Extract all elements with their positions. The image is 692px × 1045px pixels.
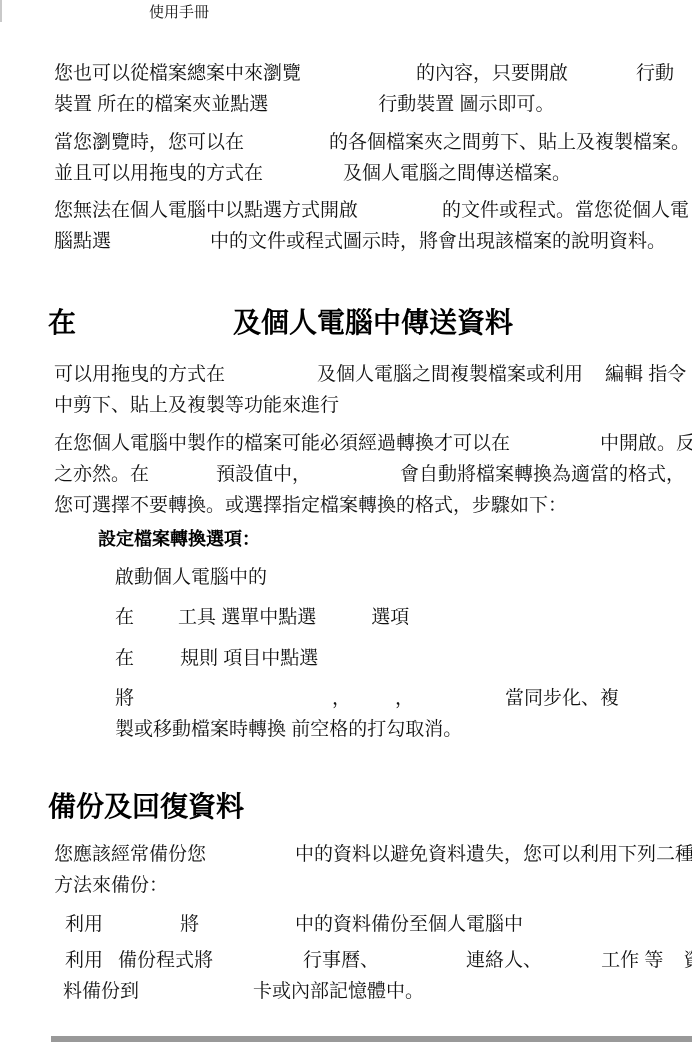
blank-placeholder-gap bbox=[134, 663, 180, 664]
text-run: 在 bbox=[115, 606, 134, 630]
blank-placeholder-gap bbox=[103, 965, 118, 966]
text-run: 及個人電腦之間傳送檔案。 bbox=[343, 162, 571, 186]
text-run: 利用 bbox=[65, 913, 103, 937]
text-run: 編輯 指令 bbox=[605, 363, 686, 387]
body-line: 您應該經常備份您中的資料以避免資料遺失，您可以利用下列二種 bbox=[54, 843, 692, 867]
blank-placeholder-gap bbox=[583, 379, 605, 380]
blank-placeholder-gap bbox=[225, 379, 317, 380]
body-line: 裝置 所在的檔案夾並點選行動裝置 圖示即可。 bbox=[54, 93, 555, 117]
text-run: 中開啟。反 bbox=[600, 432, 692, 456]
blank-placeholder-gap bbox=[311, 479, 400, 480]
blank-placeholder-gap bbox=[542, 965, 601, 966]
body-line: 之亦然。在預設值中，會自動將檔案轉換為適當的格式， bbox=[54, 463, 685, 487]
blank-placeholder-gap bbox=[263, 178, 343, 179]
text-run: 行事曆、 bbox=[303, 949, 379, 973]
blank-placeholder-gap bbox=[111, 246, 210, 247]
text-run: 中的資料備份至個人電腦中 bbox=[295, 913, 523, 937]
step-line: 將，，當同步化、複 bbox=[115, 687, 619, 711]
blank-placeholder-gap bbox=[301, 78, 416, 79]
text-run: 在您個人電腦中製作的檔案可能必須經過轉換才可以在 bbox=[54, 432, 510, 456]
document-page: 使用手冊您也可以從檔案總案中來瀏覽的內容，只要開啟行動裝置 所在的檔案夾並點選行… bbox=[0, 0, 692, 1045]
blank-placeholder-gap bbox=[149, 479, 216, 480]
text-run: 備份程式將 bbox=[118, 949, 213, 973]
text-run: 您也可以從檔案總案中來瀏覽 bbox=[54, 62, 301, 86]
text-run: 在 bbox=[48, 305, 76, 340]
text-run: 您無法在個人電腦中以點選方式開啟 bbox=[54, 199, 358, 223]
text-run: 中的文件或程式圖示時，將會出現該檔案的說明資料。 bbox=[210, 230, 666, 254]
blank-placeholder-gap bbox=[268, 109, 378, 110]
blank-placeholder-gap bbox=[206, 859, 295, 860]
text-run: 選項 bbox=[371, 606, 409, 630]
list-line: 利用將中的資料備份至個人電腦中 bbox=[65, 913, 523, 937]
sub-heading: 設定檔案轉換選項： bbox=[98, 528, 260, 551]
text-run: 中的資料以避免資料遺失，您可以利用下列二種 bbox=[295, 843, 692, 867]
body-line: 中剪下、貼上及複製等功能來進行 bbox=[54, 394, 339, 418]
step-line: 在規則 項目中點選 bbox=[115, 647, 318, 671]
body-line: 腦點選中的文件或程式圖示時，將會出現該檔案的說明資料。 bbox=[54, 230, 666, 254]
body-line: 您也可以從檔案總案中來瀏覽的內容，只要開啟行動 bbox=[54, 62, 674, 86]
page-edge-tick bbox=[0, 0, 2, 22]
text-run: 中剪下、貼上及複製等功能來進行 bbox=[54, 394, 339, 418]
blank-placeholder-gap bbox=[213, 965, 303, 966]
blank-placeholder-gap bbox=[316, 622, 371, 623]
blank-placeholder-gap bbox=[510, 448, 600, 449]
text-run: 將 bbox=[115, 687, 134, 711]
blank-placeholder-gap bbox=[76, 331, 233, 332]
text-run: 使用手冊 bbox=[149, 4, 209, 23]
body-line: 可以用拖曳的方式在及個人電腦之間複製檔案或利用編輯 指令 bbox=[54, 363, 686, 387]
text-run: 裝置 所在的檔案夾並點選 bbox=[54, 93, 268, 117]
text-run: 行動 bbox=[636, 62, 674, 86]
text-run: 的文件或程式。當您從個人電 bbox=[442, 199, 689, 223]
blank-placeholder-gap bbox=[244, 147, 329, 148]
text-run: 工具 選單中點選 bbox=[178, 606, 316, 630]
text-run: 您應該經常備份您 bbox=[54, 843, 206, 867]
text-run: 將 bbox=[180, 913, 199, 937]
blank-placeholder-gap bbox=[414, 703, 505, 704]
running-header: 使用手冊 bbox=[149, 4, 209, 23]
step-line: 製或移動檔案時轉換 前空格的打勾取消。 bbox=[115, 718, 462, 742]
list-line: 料備份到卡或內部記憶體中。 bbox=[63, 980, 424, 1004]
text-run: 利用 bbox=[65, 949, 103, 973]
text-run: 啟動個人電腦中的 bbox=[115, 566, 267, 590]
text-run: 料備份到 bbox=[63, 980, 139, 1004]
text-run: 當您瀏覽時，您可以在 bbox=[54, 131, 244, 155]
blank-placeholder-gap bbox=[134, 703, 332, 704]
body-line: 您可選擇不要轉換。或選擇指定檔案轉換的格式，步驟如下： bbox=[54, 494, 567, 518]
text-run: 備份及回復資料 bbox=[48, 789, 244, 824]
blank-placeholder-gap bbox=[103, 929, 180, 930]
text-run: 連絡人、 bbox=[466, 949, 542, 973]
blank-placeholder-gap bbox=[379, 965, 466, 966]
text-run: 及個人電腦中傳送資料 bbox=[233, 305, 513, 340]
text-run: 行動裝置 圖示即可。 bbox=[378, 93, 554, 117]
text-run: 預設值中， bbox=[216, 463, 311, 487]
text-run: 製或移動檔案時轉換 前空格的打勾取消。 bbox=[115, 718, 462, 742]
blank-placeholder-gap bbox=[199, 929, 295, 930]
body-line: 您無法在個人電腦中以點選方式開啟的文件或程式。當您從個人電 bbox=[54, 199, 689, 223]
text-run: ， bbox=[395, 687, 414, 711]
text-run: 腦點選 bbox=[54, 230, 111, 254]
text-run: 方法來備份： bbox=[54, 874, 168, 898]
text-run: 當同步化、複 bbox=[505, 687, 619, 711]
text-run: 可以用拖曳的方式在 bbox=[54, 363, 225, 387]
text-run: 及個人電腦之間複製檔案或利用 bbox=[317, 363, 583, 387]
section-heading: 在及個人電腦中傳送資料 bbox=[48, 305, 513, 340]
blank-placeholder-gap bbox=[134, 622, 178, 623]
text-run: 之亦然。在 bbox=[54, 463, 149, 487]
blank-placeholder-gap bbox=[358, 215, 442, 216]
text-run: ， bbox=[332, 687, 351, 711]
text-run: 會自動將檔案轉換為適當的格式， bbox=[400, 463, 685, 487]
text-run: 您可選擇不要轉換。或選擇指定檔案轉換的格式，步驟如下： bbox=[54, 494, 567, 518]
footer-rule bbox=[51, 1036, 692, 1042]
body-line: 當您瀏覽時，您可以在的各個檔案夾之間剪下、貼上及複製檔案。 bbox=[54, 131, 690, 155]
body-line: 在您個人電腦中製作的檔案可能必須經過轉換才可以在中開啟。反 bbox=[54, 432, 692, 456]
text-run: 並且可以用拖曳的方式在 bbox=[54, 162, 263, 186]
step-line: 在工具 選單中點選選項 bbox=[115, 606, 409, 630]
list-line: 利用備份程式將行事曆、連絡人、工作 等資 bbox=[65, 949, 692, 973]
section-heading: 備份及回復資料 bbox=[48, 789, 244, 824]
text-run: 設定檔案轉換選項： bbox=[98, 528, 260, 551]
text-run: 資 bbox=[683, 949, 692, 973]
text-run: 卡或內部記憶體中。 bbox=[253, 980, 424, 1004]
text-run: 規則 項目中點選 bbox=[180, 647, 318, 671]
text-run: 工作 等 bbox=[601, 949, 663, 973]
text-run: 的內容，只要開啟 bbox=[416, 62, 568, 86]
body-line: 方法來備份： bbox=[54, 874, 168, 898]
blank-placeholder-gap bbox=[568, 78, 636, 79]
blank-placeholder-gap bbox=[663, 965, 683, 966]
blank-placeholder-gap bbox=[351, 703, 395, 704]
text-run: 在 bbox=[115, 647, 134, 671]
body-line: 並且可以用拖曳的方式在及個人電腦之間傳送檔案。 bbox=[54, 162, 571, 186]
step-line: 啟動個人電腦中的 bbox=[115, 566, 267, 590]
blank-placeholder-gap bbox=[139, 996, 253, 997]
text-run: 的各個檔案夾之間剪下、貼上及複製檔案。 bbox=[329, 131, 690, 155]
